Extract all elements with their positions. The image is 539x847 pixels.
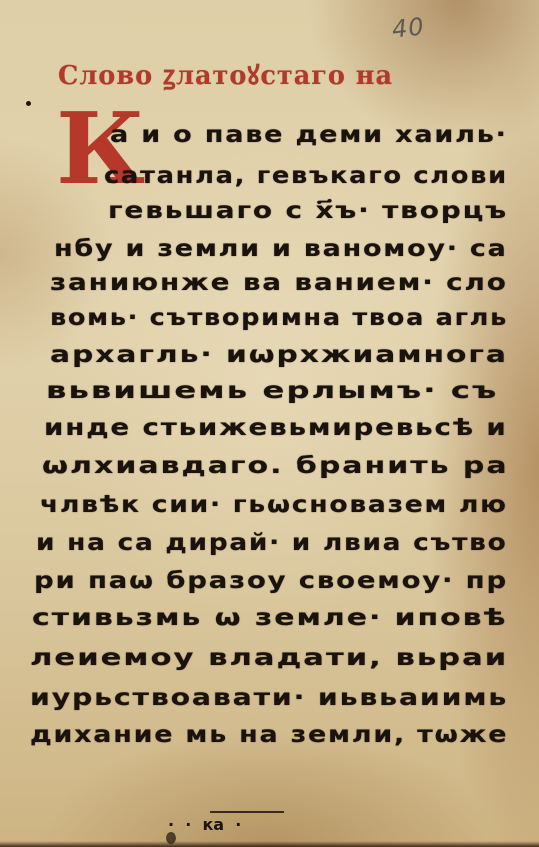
text-line: инде стьижевьмиревьсѣ и bbox=[44, 415, 508, 441]
signature-dot: · · bbox=[168, 815, 202, 834]
text-line: вьвишемь ерлымъ· съ bbox=[46, 378, 498, 404]
text-line: ωлхиавдаго. бранить ра bbox=[42, 453, 509, 479]
text-line: и на са дирай· и лвиа сътво bbox=[36, 530, 507, 556]
text-line: стивьзмь ω земле· иповѣ bbox=[32, 605, 508, 631]
text-line: члвѣк сии· гьωсновазем лю bbox=[40, 492, 508, 518]
manuscript-page: 40 Слово ꙁлатоꙋстаго на К а и о паве дем… bbox=[0, 0, 539, 847]
text-line: ри паω бразоу своемоу· пр bbox=[34, 568, 508, 594]
text-line: заниюнже ва ванием· сло bbox=[50, 270, 508, 296]
text-line: вомь· сътворимна твоа агль bbox=[50, 305, 508, 331]
signature-dot: · bbox=[224, 815, 241, 834]
quire-signature: · · ка · bbox=[168, 815, 241, 834]
text-line: архагль· иωрхжиамнога bbox=[50, 342, 508, 368]
text-block: а и о паве деми хаиль· сатанла, гевъкаго… bbox=[0, 0, 539, 847]
signature-text: ка bbox=[202, 815, 224, 834]
text-line: нбу и земли и ваномоу· са bbox=[54, 236, 508, 262]
text-line: иурьствоавати· иьвьаиимь bbox=[30, 685, 508, 711]
text-line: гевьшаго с х҃ъ· творцъ bbox=[108, 198, 508, 224]
text-line: а и о паве деми хаиль· bbox=[110, 122, 508, 148]
text-line: дихание мь на земли, тѡже bbox=[30, 722, 508, 748]
text-line: сатанла, гевъкаго слови bbox=[104, 163, 508, 189]
ink-stain bbox=[166, 832, 176, 844]
signature-titlo bbox=[210, 811, 284, 813]
text-line: леиемоу владати, вьраи bbox=[30, 645, 508, 671]
